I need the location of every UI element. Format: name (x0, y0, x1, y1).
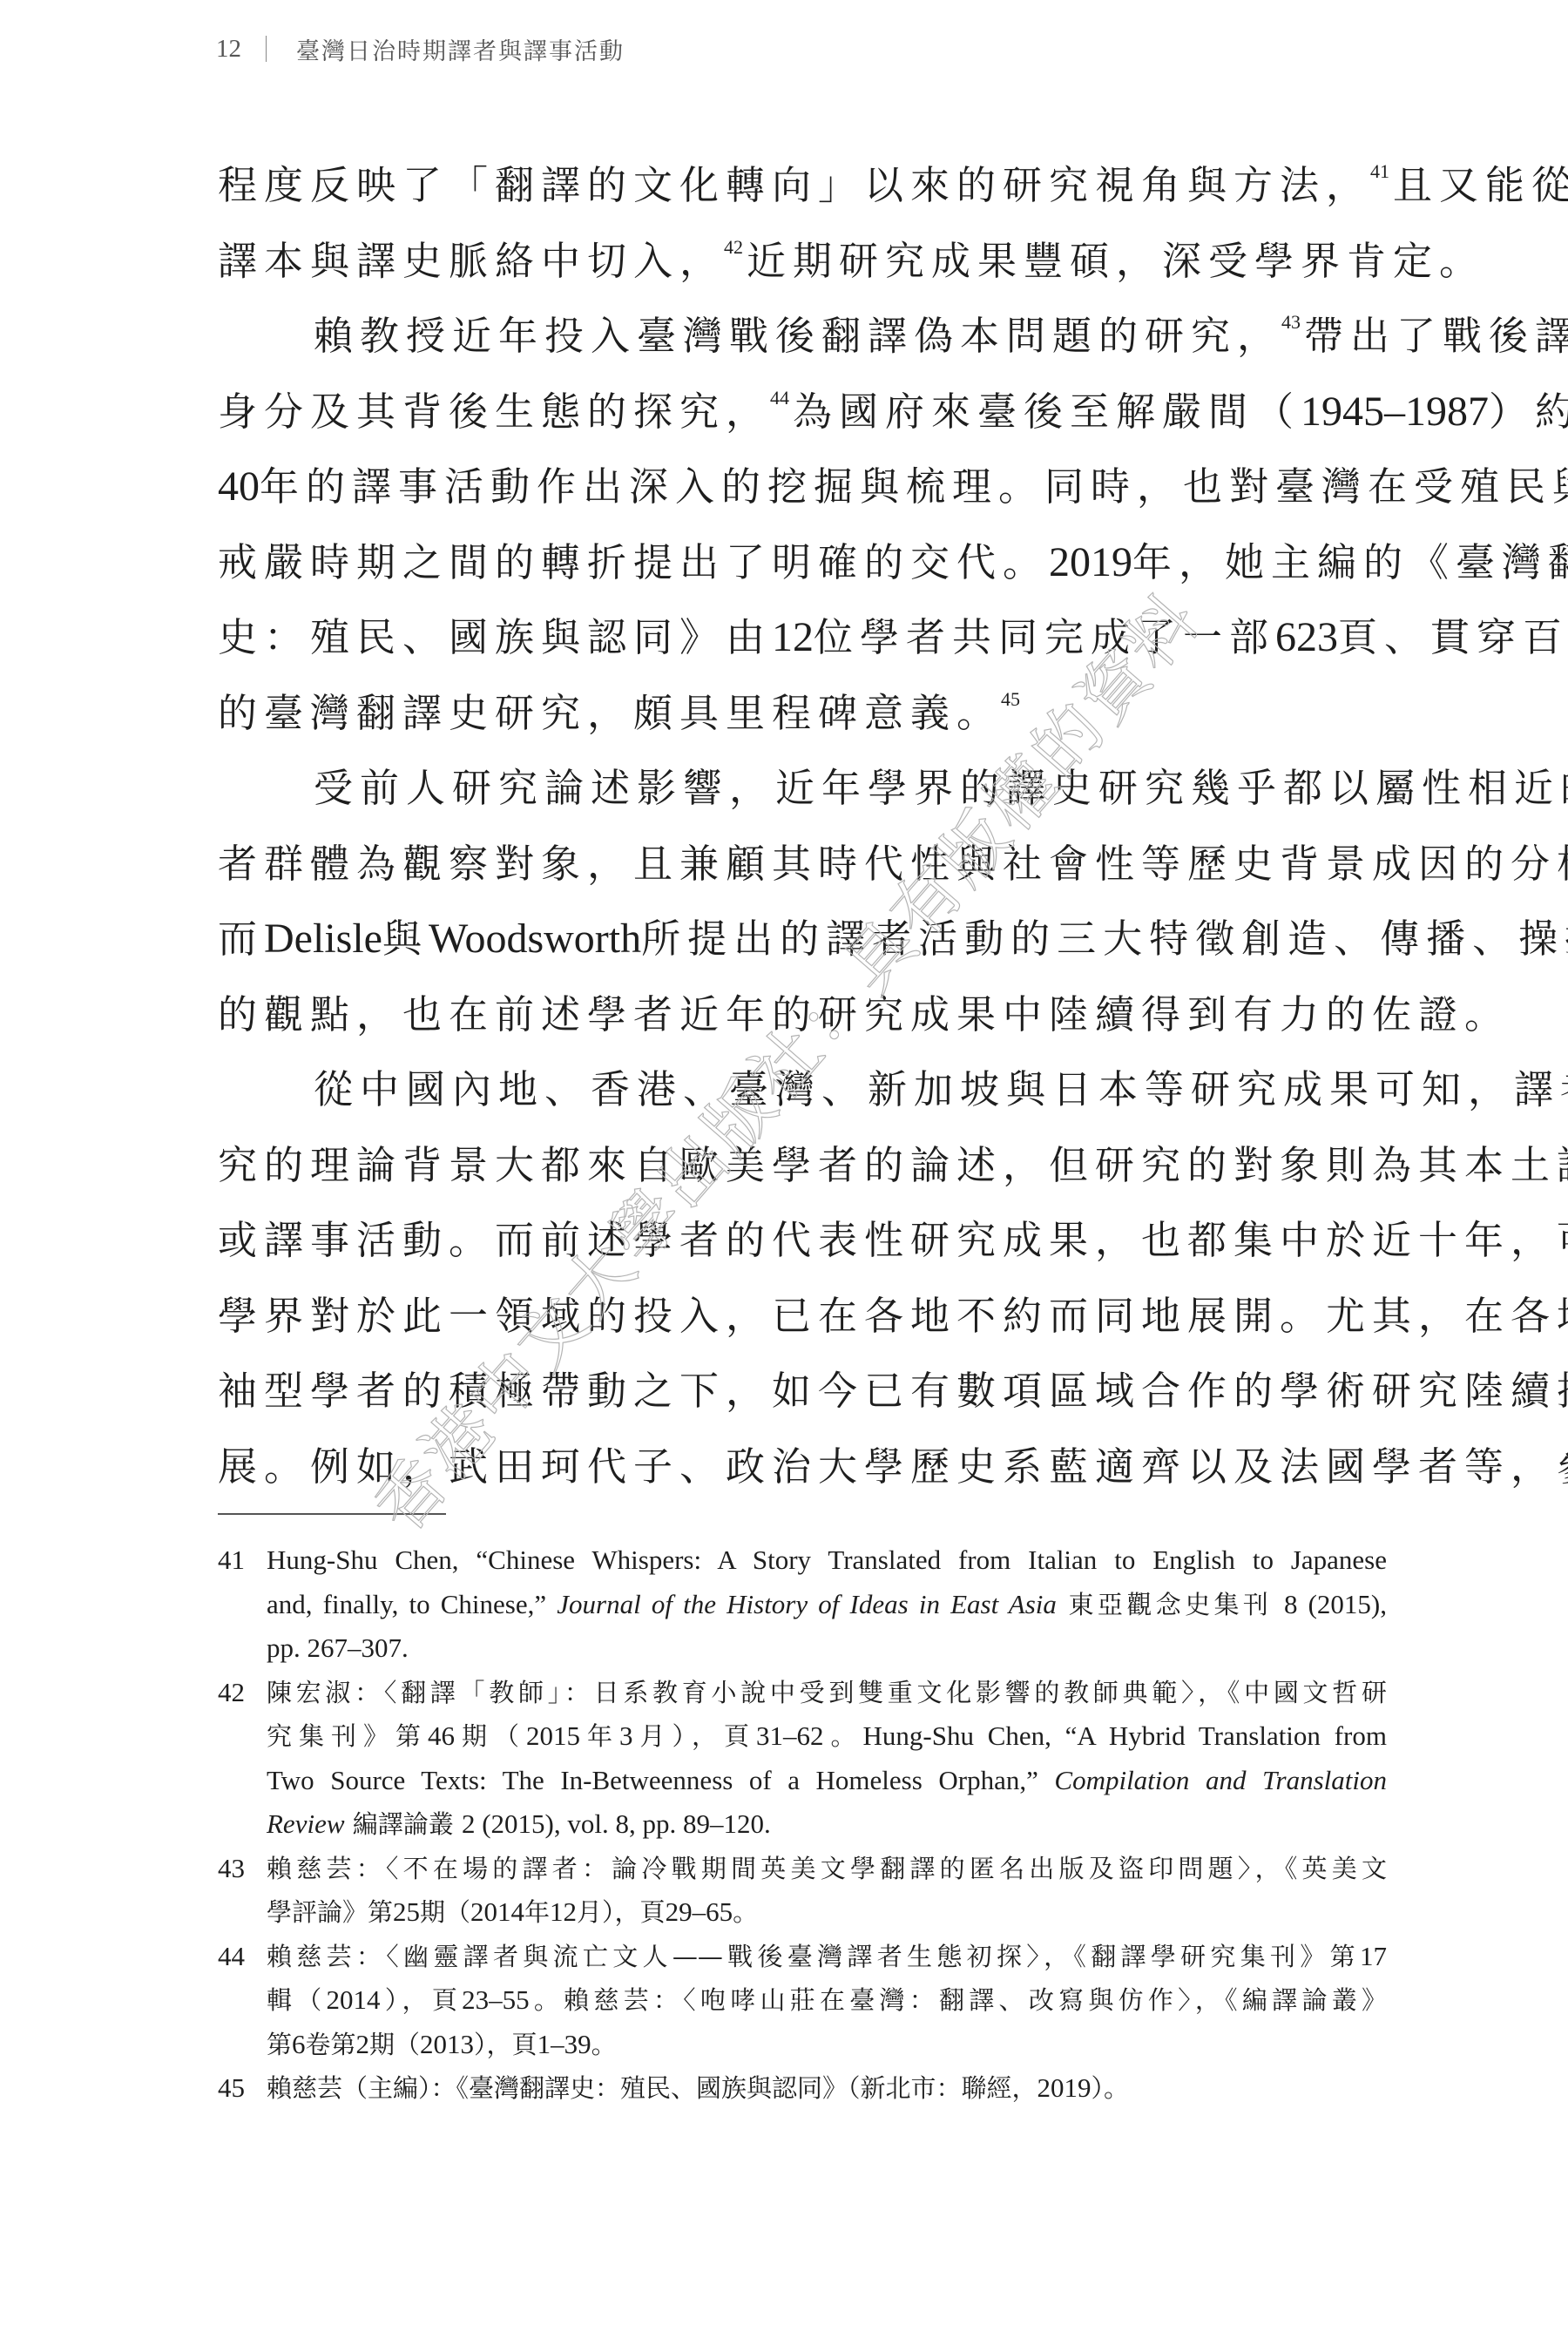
latin-text: 2019 (1049, 539, 1132, 585)
footnote-text: 賴慈芸（主編）：《臺灣翻譯史：殖民、國族與認同》（新北市：聯經，2019）。 (267, 2066, 1387, 2111)
text-line: 史：殖民、國族與認同》由12位學者共同完成了一部623頁、貫穿百年 (218, 600, 1387, 676)
footnote-text: 賴慈芸：〈不在場的譯者：論冷戰期間英美文學翻譯的匿名出版及盜印問題〉，《英美文學… (267, 1847, 1387, 1935)
latin-text: 31–62 (756, 1720, 824, 1751)
text-line: 受前人研究論述影響，近年學界的譯史研究幾乎都以屬性相近的譯 (218, 751, 1387, 827)
footnote-line: 學評論》第25期（2014年12月），頁29–65。 (267, 1890, 1387, 1935)
text-line: 的臺灣翻譯史研究，頗具里程碑意義。45 (218, 676, 1387, 752)
footnote-number: 45 (218, 2066, 267, 2111)
footnote-line: 陳宏淑：〈翻譯「教師」：日系教育小說中受到雙重文化影響的教師典範〉，《中國文哲研 (267, 1671, 1387, 1715)
footnote-line: 賴慈芸（主編）：《臺灣翻譯史：殖民、國族與認同》（新北市：聯經，2019）。 (267, 2066, 1387, 2111)
text-line: 袖型學者的積極帶動之下，如今已有數項區域合作的學術研究陸續推 (218, 1354, 1387, 1429)
footnote-line: pp. 267–307. (267, 1626, 1387, 1671)
latin-text: 2014 (327, 1984, 381, 2015)
latin-text: 2013 (420, 2029, 474, 2059)
paragraph-3: 受前人研究論述影響，近年學界的譯史研究幾乎都以屬性相近的譯者群體為觀察對象，且兼… (218, 751, 1387, 1052)
latin-text: 46 (428, 1720, 455, 1751)
italic-title: Journal of the History of Ideas in East … (557, 1589, 1057, 1619)
latin-text: Woodsworth (429, 916, 641, 962)
footnote-line: Two Source Texts: The In-Betweenness of … (267, 1759, 1387, 1803)
paragraph-4: 從中國內地、香港、臺灣、新加坡與日本等研究成果可知，譯者研究的理論背景大都來自歐… (218, 1052, 1387, 1504)
latin-text: 2015 (526, 1720, 580, 1751)
footnote-43: 43賴慈芸：〈不在場的譯者：論冷戰期間英美文學翻譯的匿名出版及盜印問題〉，《英美… (218, 1847, 1387, 1935)
text-line: 從中國內地、香港、臺灣、新加坡與日本等研究成果可知，譯者研 (218, 1052, 1387, 1128)
header-separator (266, 36, 267, 62)
latin-text: 2014 (470, 1896, 524, 1927)
latin-text: 2019 (1037, 2072, 1092, 2103)
latin-text: 23–55 (462, 1984, 530, 2015)
footnote-number: 42 (218, 1671, 267, 1847)
footnote-line: Hung-Shu Chen, “Chinese Whispers: A Stor… (267, 1538, 1387, 1583)
text-line: 或譯事活動。而前述學者的代表性研究成果，也都集中於近十年，可見 (218, 1203, 1387, 1279)
text-line: 戒嚴時期之間的轉折提出了明確的交代。2019年，她主編的《臺灣翻譯 (218, 525, 1387, 601)
latin-text: pp. 267–307. (267, 1632, 409, 1663)
footnote-divider (218, 1513, 446, 1515)
latin-text: 1–39 (537, 2029, 591, 2059)
footnote-number: 41 (218, 1538, 267, 1671)
latin-text: 3 (619, 1720, 633, 1751)
latin-text: 25 (393, 1896, 420, 1927)
italic-title: Review (267, 1808, 345, 1839)
footnote-line: and, finally, to Chinese,” Journal of th… (267, 1583, 1387, 1627)
latin-text: Hung-Shu Chen, “A Hybrid Translation fro… (863, 1720, 1387, 1751)
footnote-line: 第6卷第2期（2013），頁1–39。 (267, 2023, 1387, 2067)
paragraph-1: 程度反映了「翻譯的文化轉向」以來的研究視角與方法，41且又能從多語譯本與譯史脈絡… (218, 148, 1387, 299)
footnotes: 41Hung-Shu Chen, “Chinese Whispers: A St… (218, 1538, 1387, 2111)
footnote-41: 41Hung-Shu Chen, “Chinese Whispers: A St… (218, 1538, 1387, 1671)
running-header: 12 臺灣日治時期譯者與譯事活動 (216, 30, 625, 68)
latin-text: 623 (1275, 614, 1338, 660)
latin-text: 2 (2015), vol. 8, pp. 89–120. (462, 1808, 771, 1839)
text-line: 展。例如，武田珂代子、政治大學歷史系藍適齊以及法國學者等，參與 (218, 1429, 1387, 1505)
footnote-45: 45賴慈芸（主編）：《臺灣翻譯史：殖民、國族與認同》（新北市：聯經，2019）。 (218, 2066, 1387, 2111)
text-line: 而Delisle與Woodsworth所提出的譯者活動的三大特徵創造、傳播、操控 (218, 902, 1387, 977)
footnote-line: 賴慈芸：〈幽靈譯者與流亡文人——戰後臺灣譯者生態初探〉，《翻譯學研究集刊》第17 (267, 1935, 1387, 1979)
footnote-text: 賴慈芸：〈幽靈譯者與流亡文人——戰後臺灣譯者生態初探〉，《翻譯學研究集刊》第17… (267, 1935, 1387, 2067)
text-line: 學界對於此一領域的投入，已在各地不約而同地展開。尤其，在各地領 (218, 1279, 1387, 1355)
page-number: 12 (216, 35, 241, 64)
footnote-text: 陳宏淑：〈翻譯「教師」：日系教育小說中受到雙重文化影響的教師典範〉，《中國文哲研… (267, 1671, 1387, 1847)
text-line: 究的理論背景大都來自歐美學者的論述，但研究的對象則為其本土譯者 (218, 1128, 1387, 1204)
latin-text: 40 (218, 463, 260, 510)
latin-text: Hung-Shu Chen, “Chinese Whispers: A Stor… (267, 1544, 1387, 1575)
footnote-number: 43 (218, 1847, 267, 1935)
latin-text: 17 (1360, 1941, 1387, 1971)
latin-text: 8 (2015), (1284, 1589, 1387, 1619)
footnote-line: 賴慈芸：〈不在場的譯者：論冷戰期間英美文學翻譯的匿名出版及盜印問題〉，《英美文 (267, 1847, 1387, 1891)
footnote-number: 44 (218, 1935, 267, 2067)
text-line: 40年的譯事活動作出深入的挖掘與梳理。同時，也對臺灣在受殖民與 (218, 449, 1387, 525)
footnote-ref-43[interactable]: 43 (1281, 311, 1301, 333)
footnote-ref-45[interactable]: 45 (1001, 688, 1020, 710)
latin-text: 1945–1987 (1301, 389, 1489, 435)
text-line: 的觀點，也在前述學者近年的研究成果中陸續得到有力的佐證。 (218, 977, 1387, 1053)
footnote-text: Hung-Shu Chen, “Chinese Whispers: A Stor… (267, 1538, 1387, 1671)
main-text: 程度反映了「翻譯的文化轉向」以來的研究視角與方法，41且又能從多語譯本與譯史脈絡… (218, 148, 1387, 1504)
latin-text: Delisle (264, 916, 382, 962)
latin-text: 6 (292, 2029, 306, 2059)
footnote-44: 44賴慈芸：〈幽靈譯者與流亡文人——戰後臺灣譯者生態初探〉，《翻譯學研究集刊》第… (218, 1935, 1387, 2067)
latin-text: 12 (550, 1896, 577, 1927)
footnote-ref-41[interactable]: 41 (1370, 160, 1389, 182)
footnote-line: 究集刊》第46期（2015年3月），頁31–62。Hung-Shu Chen, … (267, 1714, 1387, 1759)
latin-text: 29–65 (666, 1896, 733, 1927)
text-line: 賴教授近年投入臺灣戰後翻譯偽本問題的研究，43帶出了戰後譯者 (218, 299, 1387, 375)
footnote-line: 輯（2014），頁23–55。賴慈芸：〈咆哮山莊在臺灣：翻譯、改寫與仿作〉，《編… (267, 1978, 1387, 2023)
latin-text: 12 (772, 614, 814, 660)
italic-title: Compilation and Translation (1054, 1765, 1387, 1795)
text-line: 譯本與譯史脈絡中切入，42近期研究成果豐碩，深受學界肯定。 (218, 224, 1387, 300)
text-line: 程度反映了「翻譯的文化轉向」以來的研究視角與方法，41且又能從多語 (218, 148, 1387, 224)
latin-text: 2 (356, 2029, 370, 2059)
footnote-42: 42陳宏淑：〈翻譯「教師」：日系教育小說中受到雙重文化影響的教師典範〉，《中國文… (218, 1671, 1387, 1847)
footnote-ref-42[interactable]: 42 (724, 236, 743, 258)
footnote-ref-44[interactable]: 44 (770, 387, 789, 409)
footnote-line: Review 編譯論叢 2 (2015), vol. 8, pp. 89–120… (267, 1802, 1387, 1847)
running-title: 臺灣日治時期譯者與譯事活動 (296, 32, 625, 66)
latin-text: Two Source Texts: The In-Betweenness of … (267, 1765, 1054, 1795)
latin-text: and, finally, to Chinese,” (267, 1589, 557, 1619)
text-line: 身分及其背後生態的探究，44為國府來臺後至解嚴間（1945–1987）約達 (218, 375, 1387, 450)
paragraph-2: 賴教授近年投入臺灣戰後翻譯偽本問題的研究，43帶出了戰後譯者身分及其背後生態的探… (218, 299, 1387, 751)
text-line: 者群體為觀察對象，且兼顧其時代性與社會性等歷史背景成因的分析。 (218, 827, 1387, 902)
